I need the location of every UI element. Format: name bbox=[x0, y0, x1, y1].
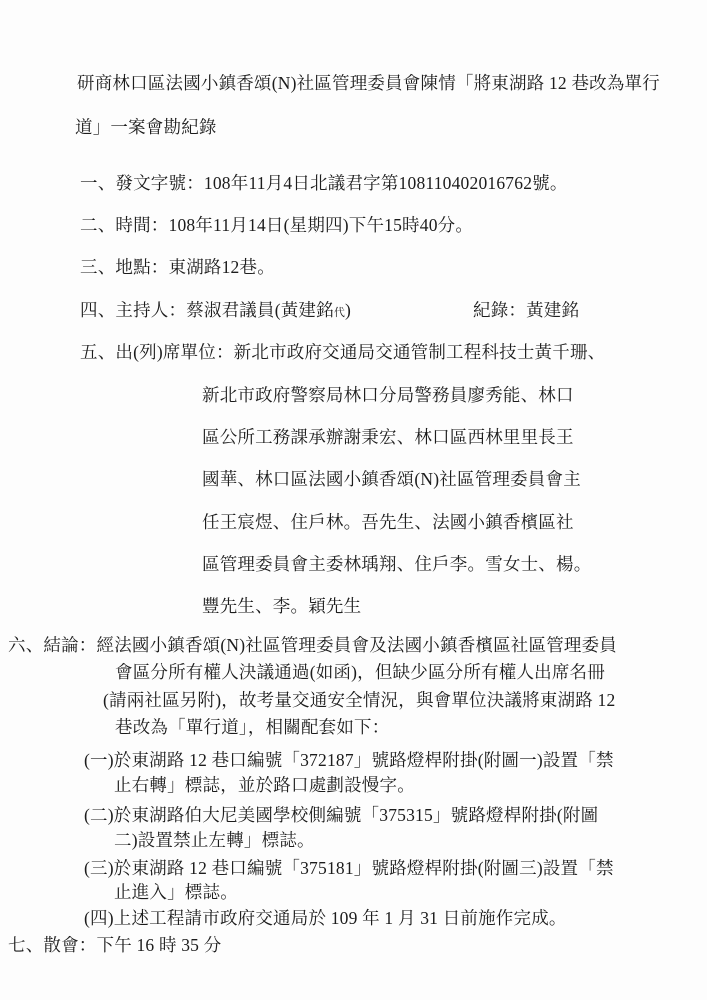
attendees-cont-line: 區公所工務課承辦謝秉宏、林口區西林里里長王 bbox=[202, 427, 574, 448]
measure-4-line-1: (四)上述工程請市政府交通局於 109 年 1 月 31 日前施作完成。 bbox=[84, 908, 567, 929]
item-dispatch-number: 一、發文字號：108年11月4日北議君字第108110402016762號。 bbox=[80, 173, 568, 194]
attendees-cont-line: 國華、林口區法國小鎮香頌(N)社區管理委員會主 bbox=[202, 469, 581, 490]
item-adjourn: 七、散會：下午 16 時 35 分 bbox=[8, 935, 221, 956]
host-name-text: 四、主持人：蔡淑君議員(黃建銘 bbox=[80, 300, 334, 320]
item-location: 三、地點：東湖路12巷。 bbox=[80, 257, 275, 278]
attendees-cont-line: 區管理委員會主委林瑀翔、住戶李。雪女士、楊。 bbox=[202, 554, 591, 575]
measure-1-line-1: (一)於東湖路 12 巷口編號「372187」號路燈桿附掛(附圖一)設置「禁 bbox=[84, 750, 614, 771]
host-deputy-mark: 代 bbox=[334, 307, 345, 319]
doc-title-line-2: 道」一案會勘紀錄 bbox=[75, 117, 217, 138]
conclusion-cont-line: 會區分所有權人決議通過(如函)，但缺少區分所有權人出席名冊 bbox=[115, 662, 605, 683]
measure-3-line-1: (三)於東湖路 12 巷口編號「375181」號路燈桿附掛(附圖三)設置「禁 bbox=[84, 858, 614, 879]
measure-2-line-1: (二)於東湖路伯大尼美國學校側編號「375315」號路燈桿附掛(附圖 bbox=[84, 805, 598, 826]
conclusion-cont-line: 巷改為「單行道」，相關配套如下： bbox=[115, 717, 389, 738]
meeting-minutes-page: 研商林口區法國小鎮香頌(N)社區管理委員會陳情「將東湖路 12 巷改為單行 道」… bbox=[0, 0, 707, 1000]
item-time: 二、時間：108年11月14日(星期四)下午15時40分。 bbox=[80, 215, 473, 236]
attendees-cont-line: 任王宸煜、住戶林。吾先生、法國小鎮香檳區社 bbox=[202, 512, 574, 533]
measure-1-line-2: 止右轉」標誌，並於路口處劃設慢字。 bbox=[114, 775, 415, 796]
doc-title-line-1: 研商林口區法國小鎮香頌(N)社區管理委員會陳情「將東湖路 12 巷改為單行 bbox=[77, 73, 660, 94]
item-conclusion-line-1: 六、結論：經法國小鎮香頌(N)社區管理委員會及法國小鎮香檳區社區管理委員 bbox=[8, 635, 617, 656]
measure-3-line-2: 止進入」標誌。 bbox=[114, 882, 238, 903]
item-attendees-line-1: 五、出(列)席單位：新北市政府交通局交通管制工程科技士黃千珊、 bbox=[80, 342, 605, 363]
conclusion-cont-line: (請兩社區另附)，故考量交通安全情況，與會單位決議將東湖路 12 bbox=[103, 690, 615, 711]
item-recorder: 紀錄：黃建銘 bbox=[473, 300, 579, 321]
item-host: 四、主持人：蔡淑君議員(黃建銘代) bbox=[80, 300, 351, 321]
attendees-cont-line: 豐先生、李。穎先生 bbox=[202, 596, 361, 617]
attendees-cont-line: 新北市政府警察局林口分局警務員廖秀能、林口 bbox=[202, 385, 574, 406]
host-close-paren: ) bbox=[345, 300, 351, 320]
measure-2-line-2: 二)設置禁止左轉」標誌。 bbox=[114, 830, 315, 851]
